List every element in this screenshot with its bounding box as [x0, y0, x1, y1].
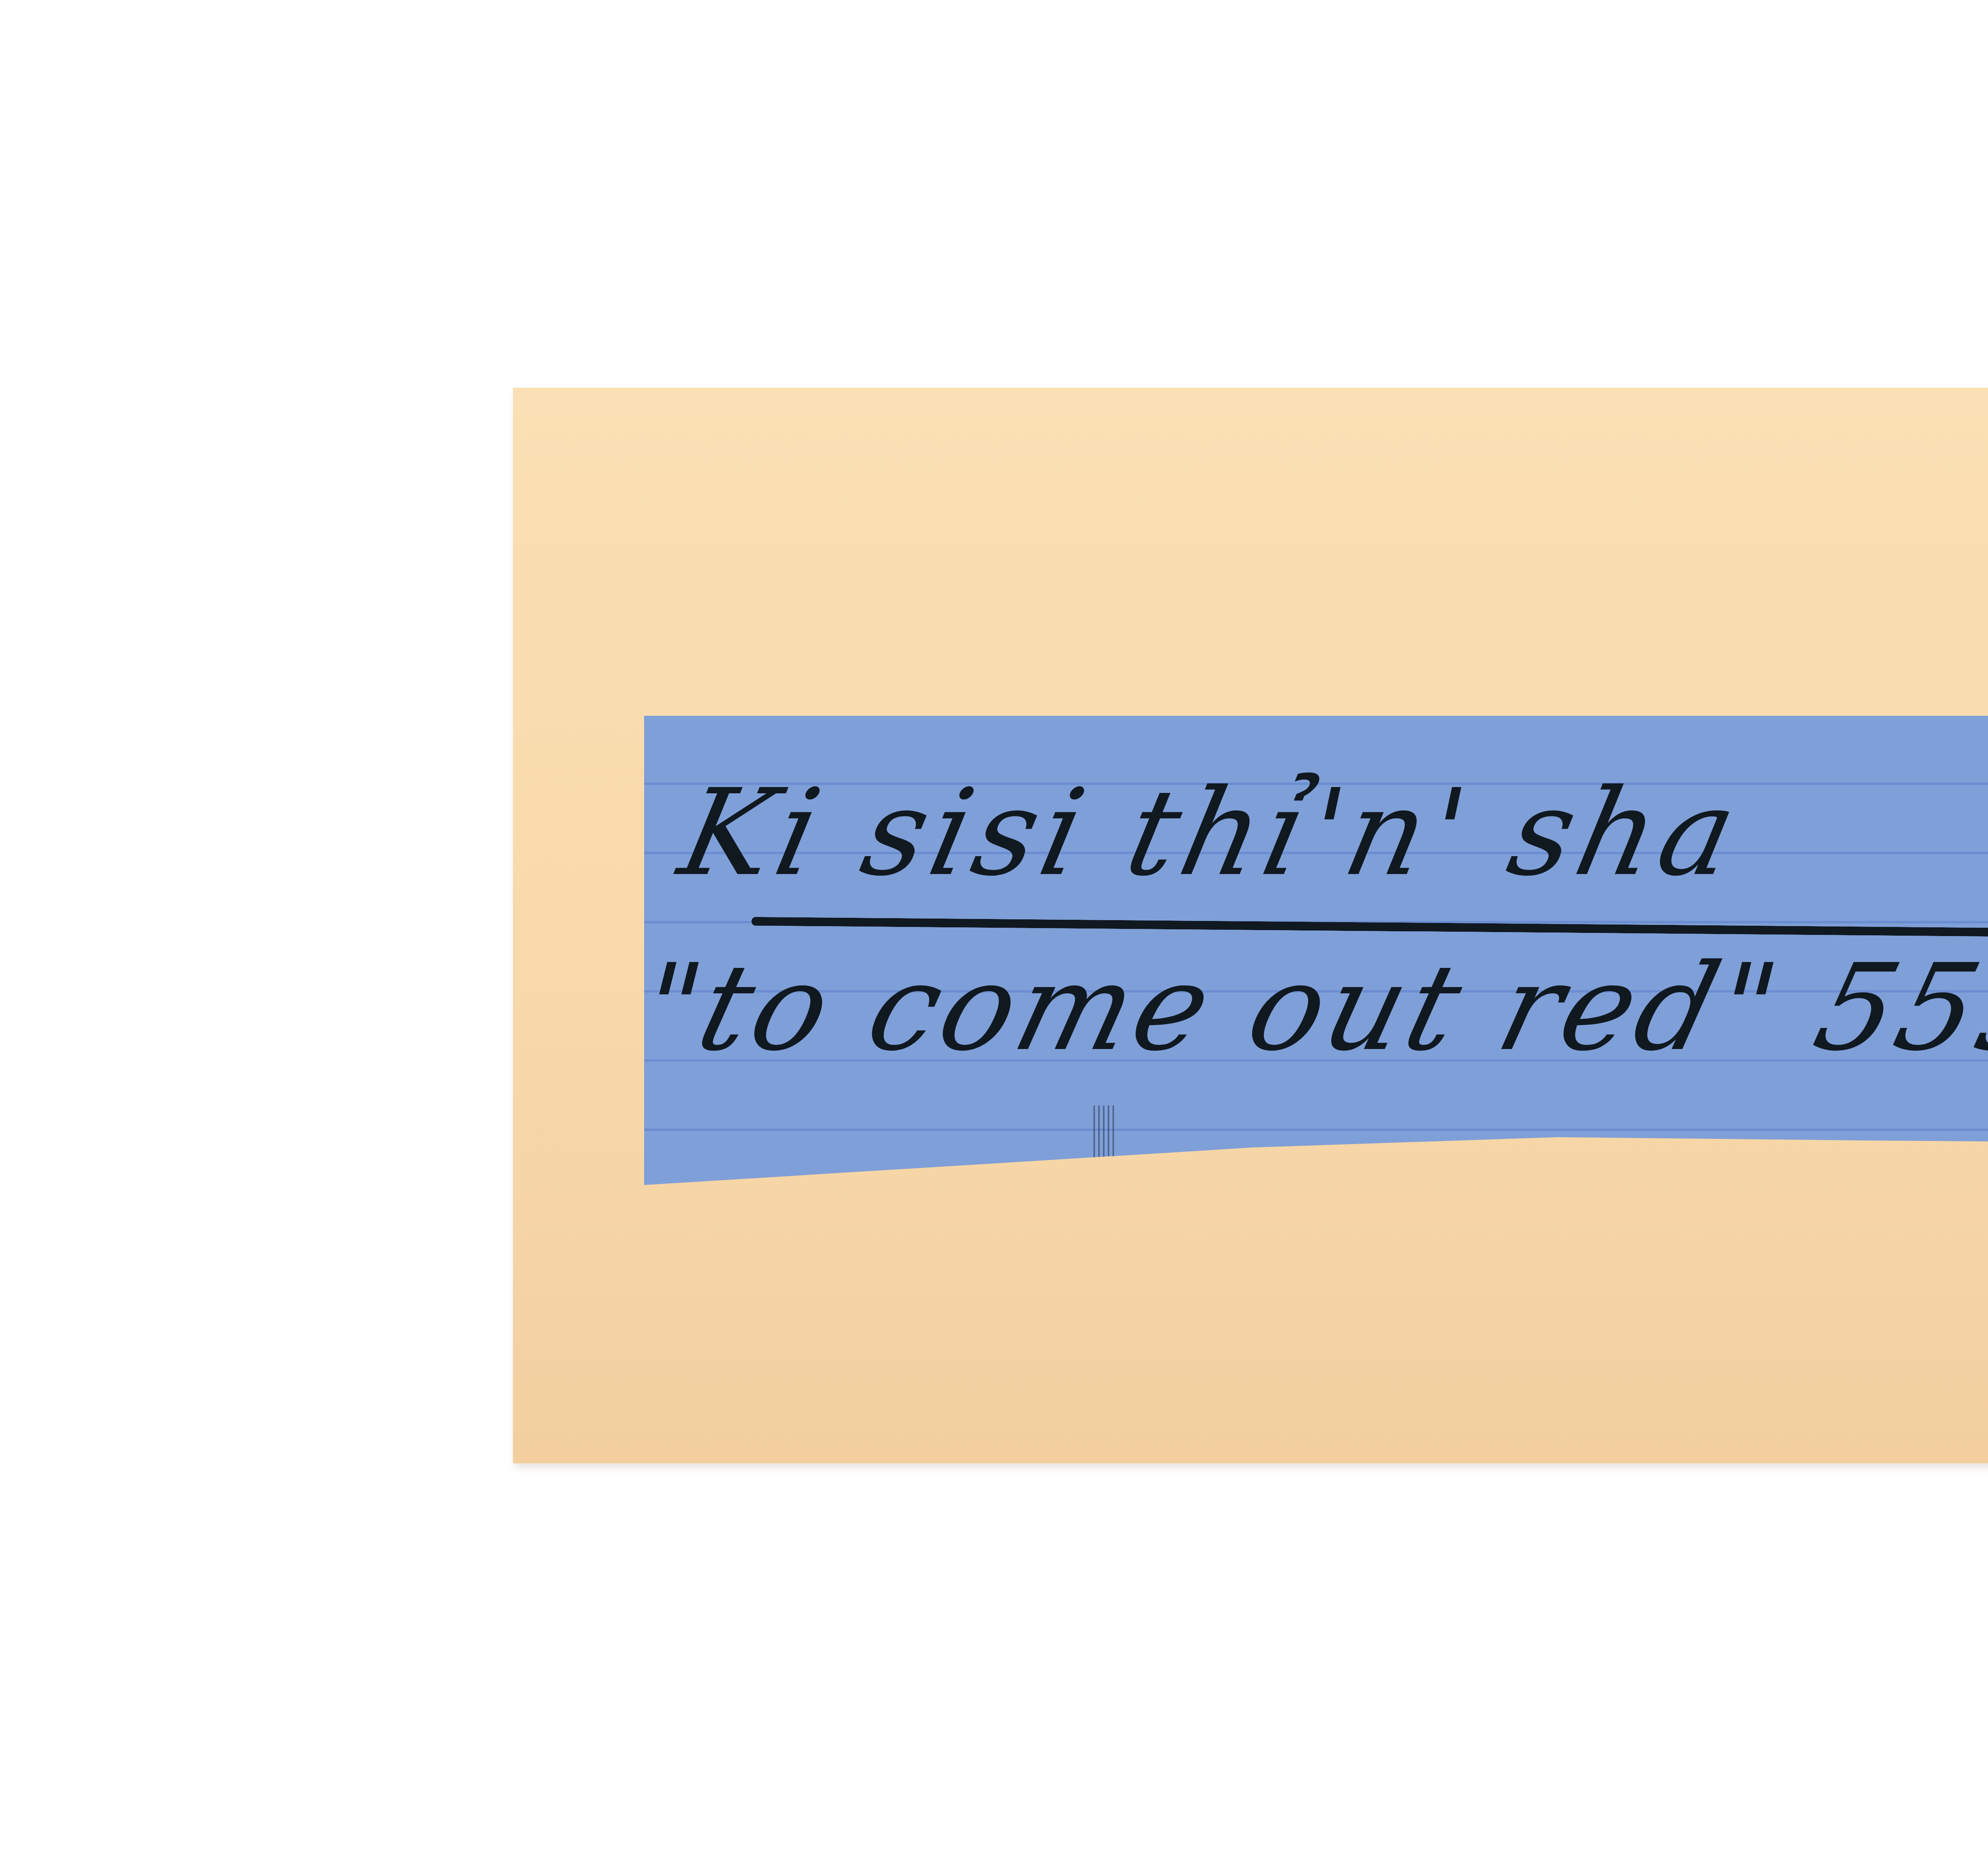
ink-smudge: [1093, 1105, 1117, 1185]
handwritten-line-native-word: Ki sisi thỉ'n' sha: [669, 763, 1753, 902]
handwritten-underline: [751, 917, 1988, 937]
blue-paper-slip: Ki sisi thỉ'n' sha "to come out red" 559…: [644, 716, 1988, 1185]
envelope: Ki sisi thỉ'n' sha "to come out red" 559…: [513, 388, 1988, 1463]
handwritten-line-translation: "to come out red" 559,1,: [627, 938, 1988, 1077]
ink-mark-corner: [656, 700, 732, 735]
